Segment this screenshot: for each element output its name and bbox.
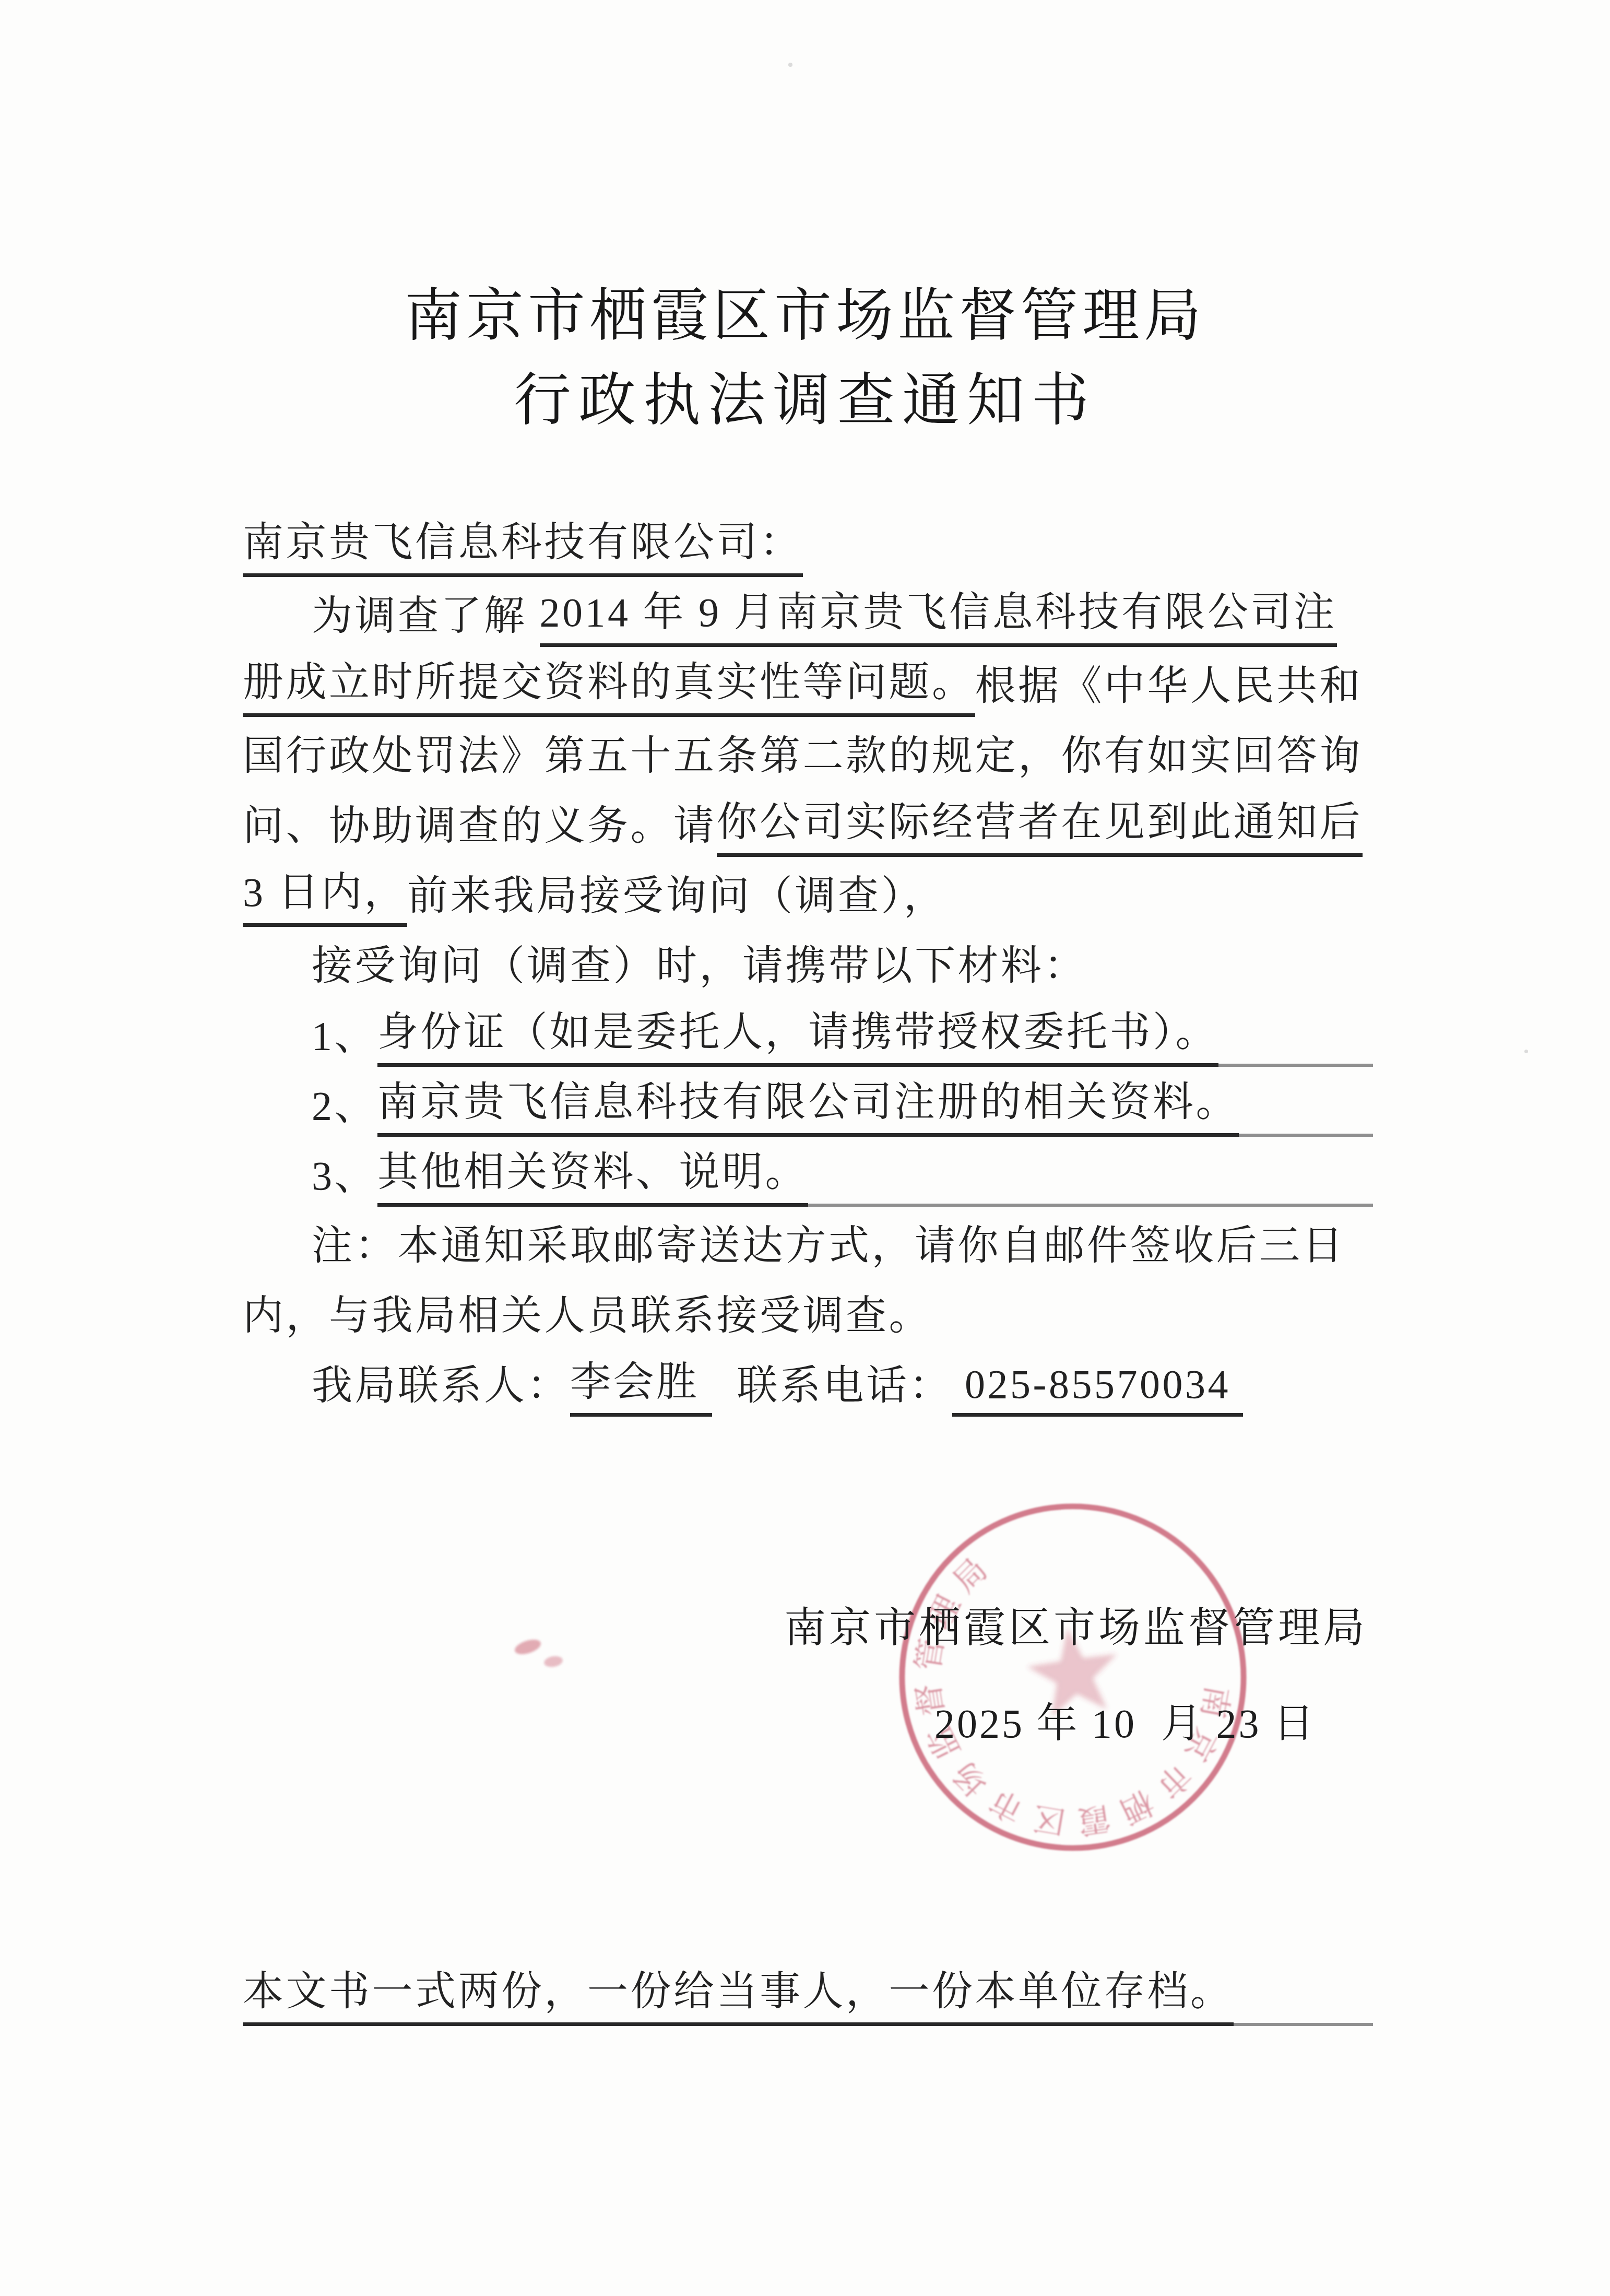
scanned-document-page: 南京市栖霞区市场监督管理局 行政执法调查通知书 南京贵飞信息科技有限公司：为调查… bbox=[0, 0, 1610, 2296]
document-line: 国行政处罚法》第五十五条第二款的规定，你有如实回答询 bbox=[243, 717, 1373, 787]
text-segment: 注：本通知采取邮寄送达方式，请你自邮件签收后三日 bbox=[312, 1213, 1345, 1277]
text-segment: 1、 bbox=[312, 1003, 377, 1067]
text-segment: 我局联系人： bbox=[312, 1353, 570, 1417]
document-line: 接受询问（调查）时，请携带以下材料： bbox=[243, 927, 1373, 997]
text-segment: 3、 bbox=[312, 1143, 377, 1207]
document-line: 注：本通知采取邮寄送达方式，请你自邮件签收后三日 bbox=[243, 1207, 1373, 1277]
underlined-text-segment: 3 日内， bbox=[243, 859, 407, 927]
document-title-org: 南京市栖霞区市场监督管理局 bbox=[0, 282, 1610, 350]
document-line: 册成立时所提交资料的真实性等问题。根据《中华人民共和 bbox=[243, 647, 1373, 717]
underlined-text-segment: 李会胜 bbox=[570, 1349, 712, 1417]
document-line: 1、身份证（如是委托人，请携带授权委托书）。 bbox=[243, 997, 1373, 1067]
text-segment: 为调查了解 bbox=[312, 583, 540, 647]
text-segment: 联系电话： bbox=[737, 1353, 953, 1417]
text-segment: 国行政处罚法》第五十五条第二款的规定，你有如实回答询 bbox=[243, 723, 1363, 787]
scan-speck bbox=[788, 63, 792, 67]
underlined-text-segment: 南京贵飞信息科技有限公司注册的相关资料。 bbox=[377, 1069, 1239, 1137]
document-line: 3、其他相关资料、说明。 bbox=[243, 1137, 1373, 1207]
document-body: 南京贵飞信息科技有限公司：为调查了解 2014 年 9 月南京贵飞信息科技有限公… bbox=[243, 507, 1373, 1417]
underline-extension bbox=[1218, 1064, 1373, 1067]
footer-note: 本文书一式两份，一份给当事人，一份本单位存档。 bbox=[243, 1956, 1373, 2026]
footer-underline-extension bbox=[1234, 2023, 1373, 2026]
underline-extension bbox=[808, 1204, 1373, 1207]
text-segment: 根据《中华人民共和 bbox=[975, 653, 1363, 717]
underlined-text-segment: 身份证（如是委托人，请携带授权委托书）。 bbox=[377, 999, 1218, 1067]
document-line: 问、协助调查的义务。请你公司实际经营者在见到此通知后 bbox=[243, 787, 1373, 857]
underlined-text-segment: 南京贵飞信息科技有限公司： bbox=[243, 510, 803, 577]
text-segment: 2、 bbox=[312, 1073, 377, 1137]
underlined-text-segment: 025-85570034 bbox=[952, 1361, 1243, 1417]
document-title-type: 行政执法调查通知书 bbox=[0, 367, 1610, 434]
signature-date: 2025 年 10 月 23 日 bbox=[934, 1691, 1316, 1749]
document-line: 内，与我局相关人员联系接受调查。 bbox=[243, 1277, 1373, 1347]
document-line: 南京贵飞信息科技有限公司： bbox=[243, 507, 1373, 577]
red-ink-smudge bbox=[513, 1637, 543, 1657]
document-line: 3 日内，前来我局接受询问（调查）， bbox=[243, 857, 1373, 927]
text-segment: 内，与我局相关人员联系接受调查。 bbox=[243, 1283, 932, 1347]
underlined-text-segment: 其他相关资料、说明。 bbox=[377, 1139, 808, 1207]
document-line: 2、南京贵飞信息科技有限公司注册的相关资料。 bbox=[243, 1067, 1373, 1137]
scan-speck bbox=[1524, 1050, 1528, 1053]
footer-text: 本文书一式两份，一份给当事人，一份本单位存档。 bbox=[243, 1959, 1234, 2026]
underline-extension bbox=[1239, 1134, 1373, 1137]
document-line: 我局联系人：李会胜 联系电话： 025-85570034 bbox=[243, 1347, 1373, 1417]
red-ink-smudge bbox=[543, 1655, 564, 1668]
document-line: 为调查了解 2014 年 9 月南京贵飞信息科技有限公司注 bbox=[243, 577, 1373, 647]
official-seal-stamp: 南京市栖霞区市场监督管理局 bbox=[897, 1501, 1249, 1853]
text-segment: 问、协助调查的义务。请 bbox=[243, 793, 717, 857]
text-segment bbox=[712, 1364, 737, 1417]
text-segment: 前来我局接受询问（调查）， bbox=[407, 863, 947, 927]
signature-org: 南京市栖霞区市场监督管理局 bbox=[784, 1594, 1368, 1654]
underlined-text-segment: 你公司实际经营者在见到此通知后 bbox=[717, 790, 1363, 857]
text-segment: 接受询问（调查）时，请携带以下材料： bbox=[312, 933, 1087, 997]
underlined-text-segment: 2014 年 9 月南京贵飞信息科技有限公司注 bbox=[540, 580, 1337, 647]
underlined-text-segment: 册成立时所提交资料的真实性等问题。 bbox=[243, 650, 975, 717]
